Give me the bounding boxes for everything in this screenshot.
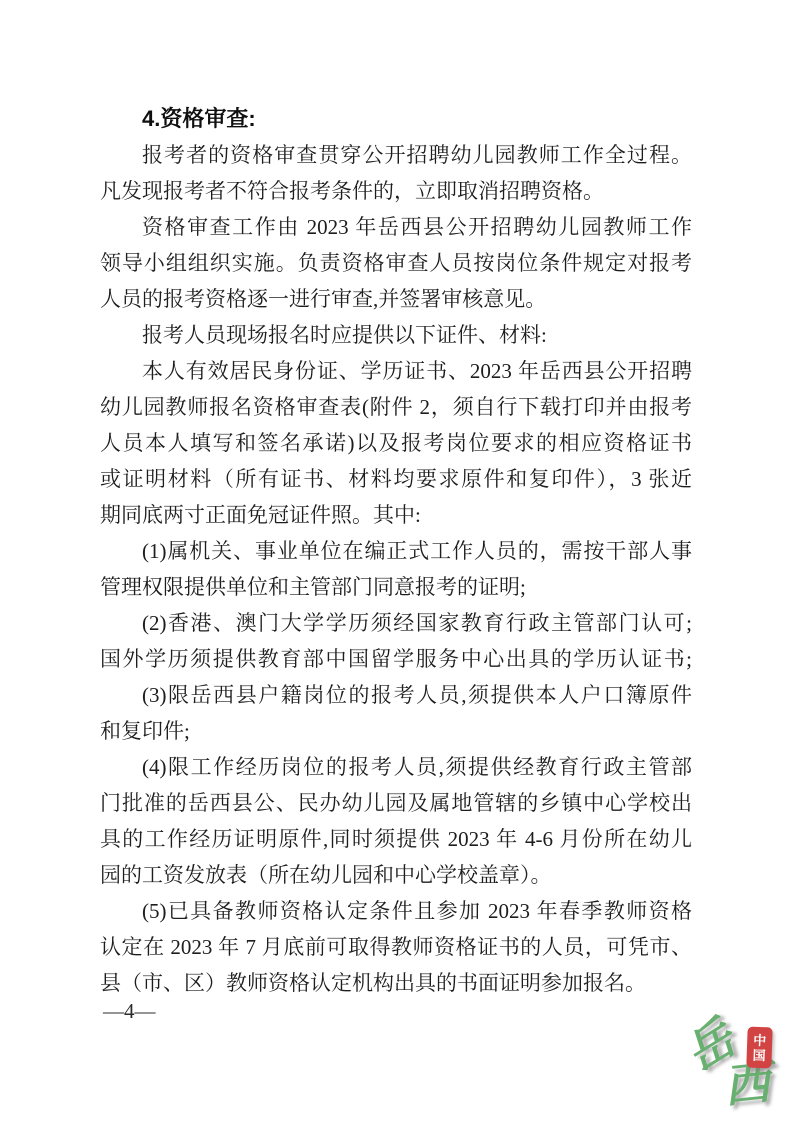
text-line: (5)已具备教师资格认定条件且参加 2023 年春季教师资格	[100, 893, 692, 929]
text-line: 县（市、区）教师资格认定机构出具的书面证明参加报名。	[100, 965, 692, 1001]
yuexi-logo: 岳 西 中 国	[686, 1022, 793, 1122]
text-line: 资格审查工作由 2023 年岳西县公开招聘幼儿园教师工作	[100, 209, 692, 245]
document-body: 4.资格审查:报考者的资格审查贯穿公开招聘幼儿园教师工作全过程。凡发现报考者不符…	[100, 101, 692, 1001]
text-line: 或证明材料（所有证书、材料均要求原件和复印件），3 张近	[100, 461, 692, 497]
text-line: (1)属机关、事业单位在编正式工作人员的，需按干部人事	[100, 533, 692, 569]
text-line: 和复印件;	[100, 713, 692, 749]
text-line: 园的工资发放表（所在幼儿园和中心学校盖章）。	[100, 857, 692, 893]
text-line: 人员的报考资格逐一进行审查,并签署审核意见。	[100, 281, 692, 317]
seal-text-bottom: 国	[752, 1047, 766, 1062]
text-line: 认定在 2023 年 7 月底前可取得教师资格证书的人员，可凭市、	[100, 929, 692, 965]
section-heading: 4.资格审查:	[100, 101, 692, 137]
text-line: 期同底两寸正面免冠证件照。其中:	[100, 497, 692, 533]
text-line: 本人有效居民身份证、学历证书、2023 年岳西县公开招聘	[100, 353, 692, 389]
text-line: 人员本人填写和签名承诺)以及报考岗位要求的相应资格证书	[100, 425, 692, 461]
page-number: —4—	[103, 999, 156, 1023]
text-line: 门批准的岳西县公、民办幼儿园及属地管辖的乡镇中心学校出	[100, 785, 692, 821]
document-page: 4.资格审查:报考者的资格审查贯穿公开招聘幼儿园教师工作全过程。凡发现报考者不符…	[0, 0, 793, 1122]
text-line: 幼儿园教师报名资格审查表(附件 2，须自行下载打印并由报考	[100, 389, 692, 425]
text-line: (2)香港、澳门大学学历须经国家教育行政主管部门认可;	[100, 605, 692, 641]
text-line: 领导小组组织实施。负责资格审查人员按岗位条件规定对报考	[100, 245, 692, 281]
text-line: 报考人员现场报名时应提供以下证件、材料:	[100, 317, 692, 353]
text-line: 报考者的资格审查贯穿公开招聘幼儿园教师工作全过程。	[100, 137, 692, 173]
text-line: (4)限工作经历岗位的报考人员,须提供经教育行政主管部	[100, 749, 692, 785]
text-line: 国外学历须提供教育部中国留学服务中心出具的学历认证书;	[100, 641, 692, 677]
text-line: (3)限岳西县户籍岗位的报考人员,须提供本人户口簿原件	[100, 677, 692, 713]
text-line: 管理权限提供单位和主管部门同意报考的证明;	[100, 569, 692, 605]
china-seal-icon: 中 国	[746, 1027, 772, 1069]
text-line: 凡发现报考者不符合报考条件的，立即取消招聘资格。	[100, 173, 692, 209]
text-line: 具的工作经历证明原件,同时须提供 2023 年 4-6 月份所在幼儿	[100, 821, 692, 857]
seal-text-top: 中	[753, 1032, 767, 1047]
